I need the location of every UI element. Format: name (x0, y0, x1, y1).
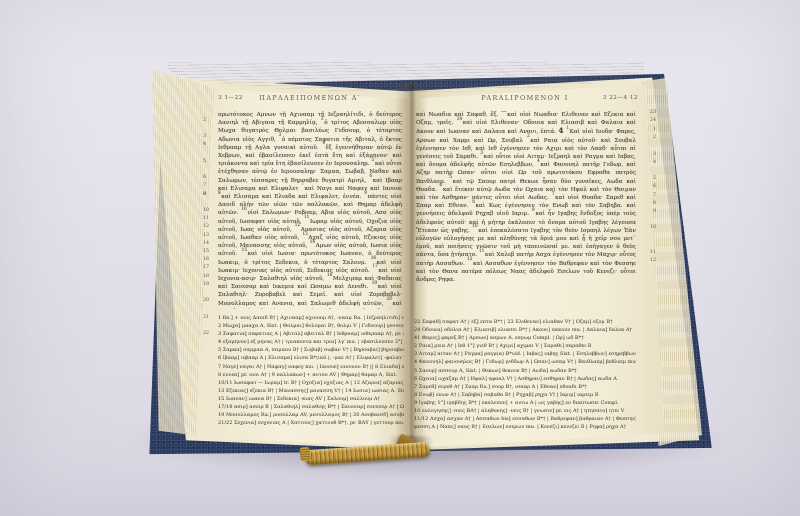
margin-verse-number: 8 (642, 200, 656, 208)
margin-verse-number: 6 (203, 174, 217, 182)
verse: 7καὶ Ναγε καὶ Ναφαγ καὶ Ιανουε (301, 186, 402, 192)
margin-verse-number: 11 (642, 249, 656, 257)
margin-verse-number: 6 (642, 183, 656, 191)
apparatus-line: 24 Οδουια] οδολια A† | Ελιασιβ] ελιασει … (414, 326, 636, 334)
apparatus-line: 15 Ιωαναν] ιωανα B† | Σεδεκια] -κιας AV … (218, 395, 404, 403)
apparatus-line: 2 Ραια] ρεια A† | Ιεθ 1°] γιεθ B† | Αχιμ… (414, 342, 636, 350)
margin-verse-number: 12 (203, 223, 217, 231)
apparatus-line: 4 Φανουηλ] φανουηλος B† | Γεδωρ] γεδδωρ … (414, 358, 636, 366)
apparatus-line: 7 Σαρεθ] σερεθ A† | Σααρ Ra.] σοορ B†, ι… (414, 383, 636, 391)
apparatus-line: 6 Ιβααρ] ιεβααρ A | Ελισαμα] ελισα B*(ui… (218, 354, 404, 362)
margin-verse-number: 1 (642, 126, 656, 134)
apparatus-line: 10 ευλογησης] -σεις BA† | πληθυνης] -νει… (414, 407, 636, 415)
apparatus-line: 9 Ιγαβης 1°] ιγαβδης B*† | εκαλεσεν] + α… (414, 399, 636, 407)
apparatus-line: 7 Ναγε] ναγαι A† | Ναφαγ] ναφεγ mu. | Ια… (218, 363, 404, 371)
margin-verse-number: 9 (642, 208, 656, 216)
apparatus-line: 11/12 Ασχα] ασχαν A† | Ασσαθων bis] εσσα… (414, 415, 636, 423)
apparatus-line: 3 Αιταμ] αιταν A† | Ραγμα] ραγμ(α) B*uid… (414, 350, 636, 358)
apparatus-line: 6 Ωχαια] ωχαζαμ A† | Ηφαλ] ηφααλ V† | Ασ… (414, 375, 636, 383)
margin-verse-number: 13 (203, 232, 217, 240)
apparatus-line: 5 Σαουρ] ασσουρ A, Sixt. | Θεκωε] θεκουε… (414, 367, 636, 375)
margin-verse-number: 23 (642, 109, 656, 117)
margin-verse-number: 7 (203, 182, 217, 190)
margin-verse-number: 10 (642, 224, 656, 232)
margin-verse-number: 3 (203, 133, 217, 141)
apparatus-line: 13 Εζεκιας] εζεκια B† | Μανασσης] μανασσ… (218, 387, 404, 395)
apparatus-line: 4 εξαμηνον] εξ μηνας A† | τριακοντα και … (218, 338, 404, 346)
margin-verse-number: 15 (203, 248, 217, 256)
margin-verse-number: 20 (203, 297, 217, 305)
left-critical-apparatus: 1 fin.] + υιος Δαυιδ B† | Αχινααμ] αχινο… (218, 314, 404, 427)
margin-verse-number: 4 (642, 159, 656, 167)
margin-verse-number: 5 (642, 175, 656, 183)
left-running-title: ΠΑΡΑΛΕΙΠΟΜΕΝΩΝ Α′ (218, 94, 402, 102)
apparatus-line: 3 Σαφατια] σαφατιας A | Αβιταλ] αβειταλ … (218, 330, 404, 338)
left-page-content: 3 1—22 ΠΑΡΑΛΕΙΠΟΜΕΝΩΝ Α′ πρωτότοκος Αμνω… (202, 94, 404, 438)
margin-verse-number: 3 (642, 151, 656, 159)
margin-verse-number: 4 (203, 141, 217, 149)
right-running-head: PARALIPOMENON I 3 22—4 12 (414, 94, 658, 104)
margin-verse-number: 21 (203, 314, 217, 322)
margin-verse-number: 7 (642, 192, 656, 200)
apparatus-line: 1 fin.] + υιος Δαυιδ B† | Αχινααμ] αχινο… (218, 314, 404, 322)
apparatus-line: 2 Μωχα] μααχα A, Sixt. | Θολμαι] θολομαι… (218, 322, 404, 330)
apparatus-line: φεσση A | Ναας] ναος B† | Εσελων] εσερων… (414, 423, 636, 431)
margin-verse-number: 2 (642, 134, 656, 142)
ribbon-frayed-end (299, 447, 310, 462)
apparatus-line: 8 Ενωβ] ενων A† | Σαβηβα] σαβαθα B† | Ρη… (414, 391, 636, 399)
verse: 8καὶ Ελισαμα καὶ Ελιαδα καὶ Ελιφαλετ, ἐν… (218, 194, 364, 200)
margin-verse-number: 19 (203, 281, 217, 289)
apparatus-line: 22 Σαφαθ] σαφατ A† | εξ] επτα B*† | 23 Ε… (414, 318, 636, 326)
margin-verse-number: 14 (203, 240, 217, 248)
margin-verse-number: 16 (203, 256, 217, 264)
apparatus-line: 41 Φαρες] φαρεξ B† | Αρσων] ασρων A, εσρ… (414, 334, 636, 342)
margin-verse-number: 10 (203, 207, 217, 215)
right-body-text: καὶ Νωαδια καὶ Σαφαθ, ἕξ. 23καὶ υἱοὶ Νωα… (416, 111, 636, 313)
margin-verse-number: 11 (203, 215, 217, 223)
margin-verse-number: 2 (203, 117, 217, 125)
left-body-text: πρωτότοκος Αμνων τῇ Αχινααμ τῇ Ιεζραηλίτ… (218, 111, 402, 309)
margin-verse-number: 5 (203, 158, 217, 166)
apparatus-line: 19 Μοσολλαμος Ra.] μοσολλαμ AV, μεσολλαμ… (218, 411, 404, 419)
margin-verse-number: 9 (203, 191, 217, 199)
left-running-head: 3 1—22 ΠΑΡΑΛΕΙΠΟΜΕΝΩΝ Α′ (202, 94, 404, 104)
right-critical-apparatus: 22 Σαφαθ] σαφατ A† | εξ] επτα B*† | 23 Ε… (414, 318, 636, 431)
margin-verse-number: 24 (642, 117, 656, 125)
photograph-open-book: 3 1—22 ΠΑΡΑΛΕΙΠΟΜΕΝΩΝ Α′ πρωτότοκος Αμνω… (0, 0, 800, 516)
apparatus-line: 17/18 ασιρ] ασειρ B | Σαλαθιηλ] σαλαθιης… (218, 403, 404, 411)
margin-verse-number: 22 (203, 330, 217, 338)
margin-verse-number: 17 (203, 264, 217, 272)
apparatus-line: 5 Σαμαα] σαμμαα A, σαμαου B† | Σωβαβ] σω… (218, 346, 404, 354)
margin-verse-number: 18 (203, 273, 217, 281)
margin-verse-number: 8 (203, 191, 217, 199)
right-verse-range: 3 22—4 12 (603, 95, 638, 101)
margin-verse-number: 12 (642, 257, 656, 265)
apparatus-line: 8 εννεα] pr. υιοι A† | 9 παλλακων] + αυτ… (218, 371, 404, 379)
apparatus-line: 10/11 Ιωσαφατ — Ιωραμ] tr. B† | Οχοζια] … (218, 379, 404, 387)
apparatus-line: 21/22 Σεχενια] σεχενιας A | Χαττους] χατ… (218, 419, 404, 427)
right-page-content: PARALIPOMENON I 3 22—4 12 καὶ Νωαδια καὶ… (414, 94, 658, 440)
